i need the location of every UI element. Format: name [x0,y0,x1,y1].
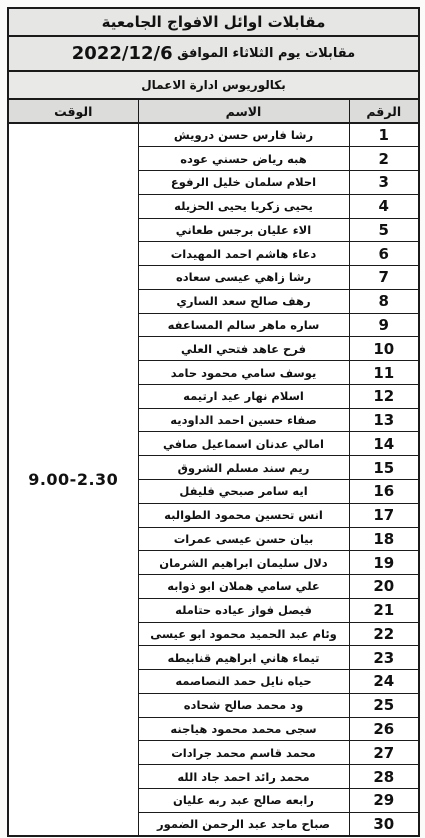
row-number: 2 [349,147,419,171]
row-name: دلال سليمان ابراهيم الشرمان [138,551,349,575]
row-name: رشا فارس حسن درويش [138,123,349,147]
row-name: احلام سلمان خليل الرفوع [138,171,349,195]
row-name: رابعه صالح عبد ربه عليان [138,788,349,812]
row-number: 28 [349,765,419,789]
row-name: بيان حسن عيسى عمرات [138,527,349,551]
row-name: وئام عبد الحميد محمود ابو عيسى [138,622,349,646]
scanned-page: مقابلات اوائل الافواج الجامعية مقابلات ي… [0,0,425,838]
row-number: 7 [349,266,419,290]
row-name: هبه رياض حسني عوده [138,147,349,171]
row-name: سجى محمد محمود هياجنه [138,717,349,741]
date-row: مقابلات يوم الثلاثاء الموافق 2022/12/6 [8,36,419,71]
row-number: 6 [349,242,419,266]
row-name: تيماء هاني ابراهيم قنابيطه [138,646,349,670]
row-number: 17 [349,503,419,527]
row-name: محمد رائد احمد جاد الله [138,765,349,789]
time-cell: 9.00-2.30 [8,123,138,836]
row-name: صباح ماجد عبد الرحمن الضمور [138,812,349,836]
row-name: فيصل فواز عياده حتامله [138,598,349,622]
row-number: 11 [349,361,419,385]
row-number: 9 [349,313,419,337]
row-number: 18 [349,527,419,551]
table-row: 1 رشا فارس حسن درويش 9.00-2.30 [8,123,419,147]
date-line-prefix: مقابلات يوم الثلاثاء الموافق [177,46,355,61]
row-name: علي سامي هملان ابو ذوابه [138,575,349,599]
row-number: 3 [349,171,419,195]
row-name: ايه سامر صبحي فليفل [138,479,349,503]
row-number: 1 [349,123,419,147]
row-number: 26 [349,717,419,741]
row-number: 4 [349,194,419,218]
column-header-number: الرقم [349,99,419,123]
row-name: ود محمد صالح شحاده [138,693,349,717]
program-row: بكالوريوس ادارة الاعمال [8,71,419,99]
row-number: 15 [349,456,419,480]
row-number: 29 [349,788,419,812]
row-name: صفاء حسين احمد الداوديه [138,408,349,432]
row-name: اسلام نهار عيد ارتيمه [138,384,349,408]
row-name: انس تحسين محمود الطوالبه [138,503,349,527]
title-row: مقابلات اوائل الافواج الجامعية [8,8,419,36]
roster-body: 1 رشا فارس حسن درويش 9.00-2.30 2 هبه ريا… [8,123,419,836]
row-name: رشا زاهي عيسى سعاده [138,266,349,290]
row-number: 30 [349,812,419,836]
row-number: 22 [349,622,419,646]
row-number: 20 [349,575,419,599]
row-number: 13 [349,408,419,432]
row-number: 23 [349,646,419,670]
row-number: 12 [349,384,419,408]
row-number: 5 [349,218,419,242]
row-name: الاء عليان برجس طعاني [138,218,349,242]
column-header-row: الرقم الاسم الوقت [8,99,419,123]
row-name: حياه نايل حمد النصاصمه [138,670,349,694]
row-name: رهف صالح سعد الساري [138,289,349,313]
row-number: 27 [349,741,419,765]
row-number: 25 [349,693,419,717]
page-title: مقابلات اوائل الافواج الجامعية [8,8,419,36]
row-name: فرح عاهد فتحي العلي [138,337,349,361]
row-number: 8 [349,289,419,313]
row-name: يوسف سامي محمود حامد [138,361,349,385]
column-header-time: الوقت [8,99,138,123]
program-title: بكالوريوس ادارة الاعمال [8,71,419,99]
row-name: ساره ماهر سالم المساعفه [138,313,349,337]
row-number: 21 [349,598,419,622]
date-line: مقابلات يوم الثلاثاء الموافق 2022/12/6 [8,36,419,71]
row-name: محمد قاسم محمد جرادات [138,741,349,765]
row-name: امالي عدنان اسماعيل صافي [138,432,349,456]
row-number: 19 [349,551,419,575]
row-number: 10 [349,337,419,361]
row-name: يحيى زكريا يحيى الحزيله [138,194,349,218]
column-header-name: الاسم [138,99,349,123]
interview-schedule-table: مقابلات اوائل الافواج الجامعية مقابلات ي… [7,7,420,837]
row-name: ريم سند مسلم الشروق [138,456,349,480]
row-name: دعاء هاشم احمد المهيدات [138,242,349,266]
interview-date: 2022/12/6 [72,43,173,64]
row-number: 14 [349,432,419,456]
row-number: 16 [349,479,419,503]
row-number: 24 [349,670,419,694]
